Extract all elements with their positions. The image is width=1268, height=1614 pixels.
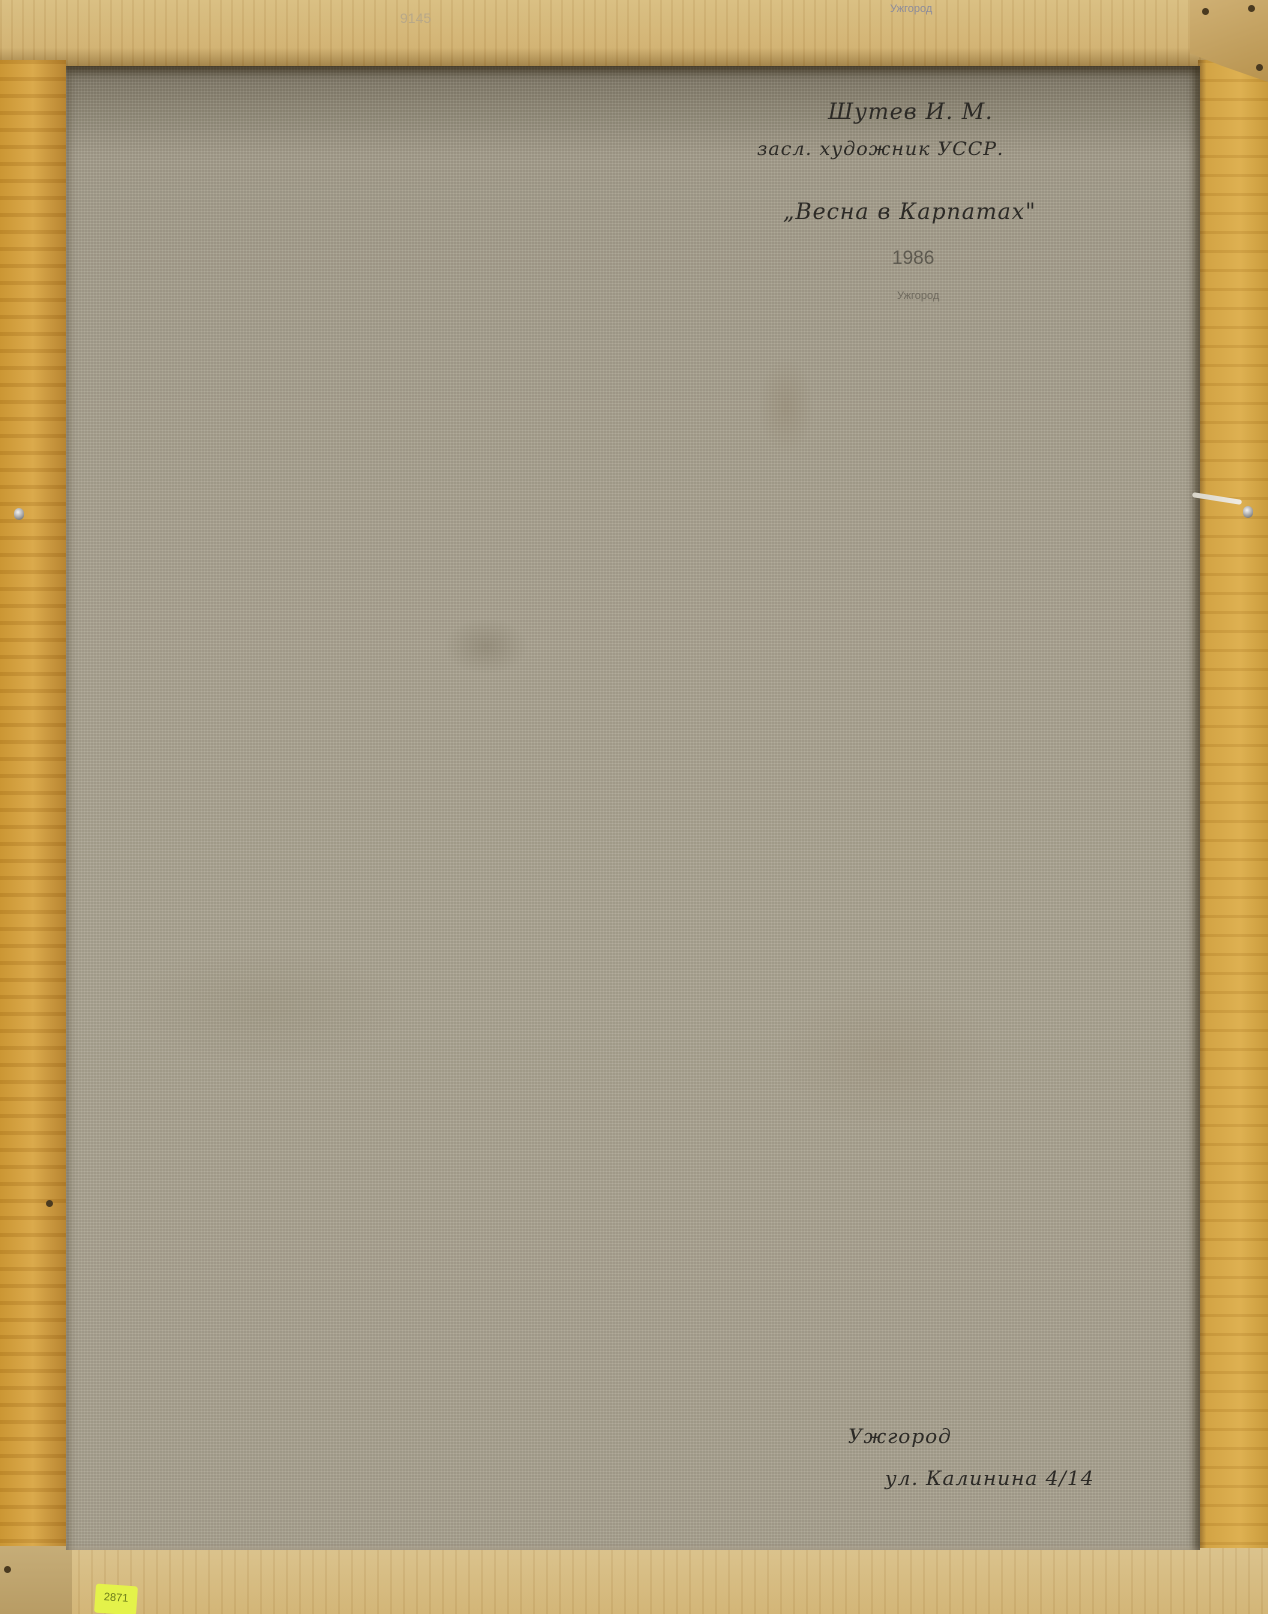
tack-icon xyxy=(14,508,24,520)
street-address: ул. Калинина 4/14 xyxy=(885,1466,1095,1490)
sticker-label: 2871 xyxy=(103,1591,128,1605)
corner-key-bottom-left xyxy=(0,1546,72,1614)
artist-honor: засл. художник УССР. xyxy=(757,138,1004,160)
artist-name: Шутев И. М. xyxy=(828,100,993,125)
frame-mark-top-left: 9145 xyxy=(400,10,431,26)
nail-icon xyxy=(1248,5,1255,12)
nail-icon xyxy=(46,1200,53,1207)
screw-eye-icon xyxy=(1243,506,1253,518)
stretcher-bar-bottom xyxy=(0,1548,1268,1614)
stretcher-bar-left xyxy=(0,60,66,1560)
inventory-sticker: 2871 xyxy=(94,1584,138,1614)
painting-title: „Весна в Карпатах" xyxy=(783,200,1036,225)
nail-icon xyxy=(1202,8,1209,15)
city: Ужгород xyxy=(848,1424,952,1448)
stretcher-bar-top xyxy=(0,0,1268,68)
painting-year: 1986 xyxy=(892,248,934,270)
nail-icon xyxy=(4,1566,11,1573)
frame-mark-top-right: Ужгород xyxy=(890,3,932,15)
stretcher-bar-right xyxy=(1198,60,1268,1560)
canvas-back xyxy=(66,66,1200,1550)
place-pencil: Ужгород xyxy=(897,290,939,302)
nail-icon xyxy=(1256,64,1263,71)
